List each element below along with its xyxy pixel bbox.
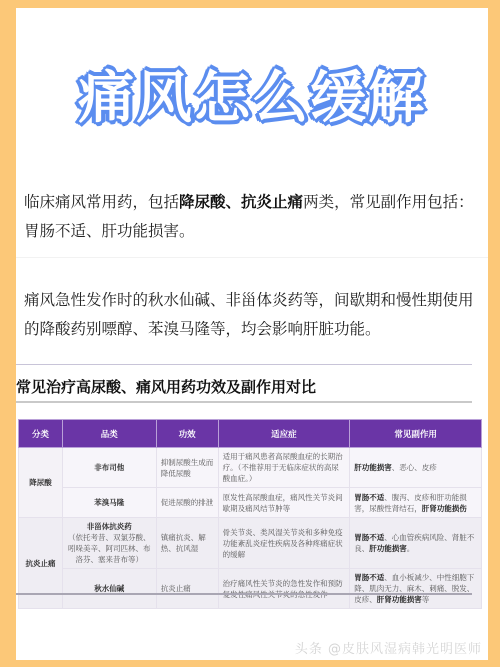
table-row: 降尿酸 非布司他 抑制尿酸生成而降低尿酸 适用于痛风患者高尿酸血症的长期治疗。（…: [19, 448, 482, 488]
side-effect-bold: 肝功能损害: [354, 463, 392, 472]
header-side-effects: 常见副作用: [350, 420, 482, 448]
indication-cell: 原发性高尿酸血症，痛风性关节炎间歇期及痛风结节肿等: [218, 488, 350, 518]
effect-cell: 促进尿酸的排泄: [156, 488, 218, 518]
highlight-anti-inflammatory: 抗炎止痛: [241, 193, 303, 211]
table-row: 苯溴马隆 促进尿酸的排泄 原发性高尿酸血症，痛风性关节炎间歇期及痛风结节肿等 胃…: [19, 488, 482, 518]
drug-comparison-table: 分类 品类 功效 适应症 常见副作用 降尿酸 非布司他 抑制尿酸生成而降低尿酸 …: [18, 419, 482, 609]
intro-text: 临床痛风常用药，包括: [24, 193, 179, 211]
drug-name: 苯溴马隆: [62, 488, 156, 518]
intro-paragraph-1: 临床痛风常用药，包括降尿酸、抗炎止痛两类，常见副作用包括：胃肠不适、肝功能损害。: [24, 188, 484, 246]
side-effect-cell: 肝功能损害、恶心、皮疹: [350, 448, 482, 488]
side-effect-cell: 胃肠不适、心血管疾病风险、肾脏不良、肝功能损害。: [350, 518, 482, 569]
separator: 、: [226, 193, 242, 211]
header-effect: 功效: [156, 420, 218, 448]
side-effect-bold: 肝肾功能损伤: [422, 504, 467, 513]
table-row: 秋水仙碱 抗炎止痛 治疗痛风性关节炎的急性发作和预防复发性痛风性关节炎的急性发作…: [19, 569, 482, 609]
header-indication: 适应症: [218, 420, 350, 448]
table-bottom-rule: [16, 593, 472, 595]
header-drug: 品类: [62, 420, 156, 448]
side-effect-cell: 胃肠不适、血小板减少、中性细胞下降、肌肉无力、麻木、刺痛、脱发、皮疹、肝肾功能损…: [350, 569, 482, 609]
table-title: 常见治疗高尿酸、痛风用药功效及副作用对比: [16, 376, 472, 403]
drug-name: 秋水仙碱: [62, 569, 156, 609]
drug-name-text: 非甾体抗炎药: [67, 521, 152, 532]
side-effect-bold: 胃肠不适: [354, 493, 384, 502]
highlight-uric-acid: 降尿酸: [179, 193, 226, 211]
drug-examples: （依托考昔、双氯芬酸、吲哚美辛、阿司匹林、布洛芬、塞来昔布等）: [67, 532, 152, 565]
drug-name: 非甾体抗炎药（依托考昔、双氯芬酸、吲哚美辛、阿司匹林、布洛芬、塞来昔布等）: [62, 518, 156, 569]
divider: [16, 364, 472, 365]
page-title: 痛风怎么缓解: [16, 54, 488, 134]
category-cell: 降尿酸: [19, 448, 63, 518]
side-effect-cell: 胃肠不适、腹泻、皮疹和肝功能损害，尿酸性肾结石，肝肾功能损伤: [350, 488, 482, 518]
side-effect-text: 等: [422, 595, 430, 604]
header-category: 分类: [19, 420, 63, 448]
side-effect-bold: 胃肠不适: [354, 533, 384, 542]
side-effect-text: 。: [407, 544, 415, 553]
drug-name: 非布司他: [62, 448, 156, 488]
indication-cell: 骨关节炎、类风湿关节炎和多种免疫功能紊乱炎症性疾病及各种疼痛症状的缓解: [218, 518, 350, 569]
side-effect-bold: 肝肾功能损害: [377, 595, 422, 604]
table-header-row: 分类 品类 功效 适应症 常见副作用: [19, 420, 482, 448]
watermark: 头条 @皮肤风湿病韩光明医师: [295, 638, 482, 657]
effect-cell: 抑制尿酸生成而降低尿酸: [156, 448, 218, 488]
indication-cell: 适用于痛风患者高尿酸血症的长期治疗。（不推荐用于无临床症状的高尿酸血症。）: [218, 448, 350, 488]
side-effect-text: 、恶心、皮疹: [392, 463, 437, 472]
side-effect-bold: 肝功能损害: [369, 544, 407, 553]
indication-cell: 治疗痛风性关节炎的急性发作和预防复发性痛风性关节炎的急性发作: [218, 569, 350, 609]
intro-paragraph-2: 痛风急性发作时的秋水仙碱、非甾体炎药等，间歇期和慢性期使用的降酸药别嘌醇、苯溴马…: [24, 286, 484, 344]
effect-cell: 镇痛抗炎、解热、抗风湿: [156, 518, 218, 569]
side-effect-bold: 胃肠不适: [354, 573, 384, 582]
table-row: 抗炎止痛 非甾体抗炎药（依托考昔、双氯芬酸、吲哚美辛、阿司匹林、布洛芬、塞来昔布…: [19, 518, 482, 569]
effect-cell: 抗炎止痛: [156, 569, 218, 609]
content-card: 痛风怎么缓解 临床痛风常用药，包括降尿酸、抗炎止痛两类，常见副作用包括：胃肠不适…: [16, 8, 488, 660]
divider: [16, 257, 488, 258]
